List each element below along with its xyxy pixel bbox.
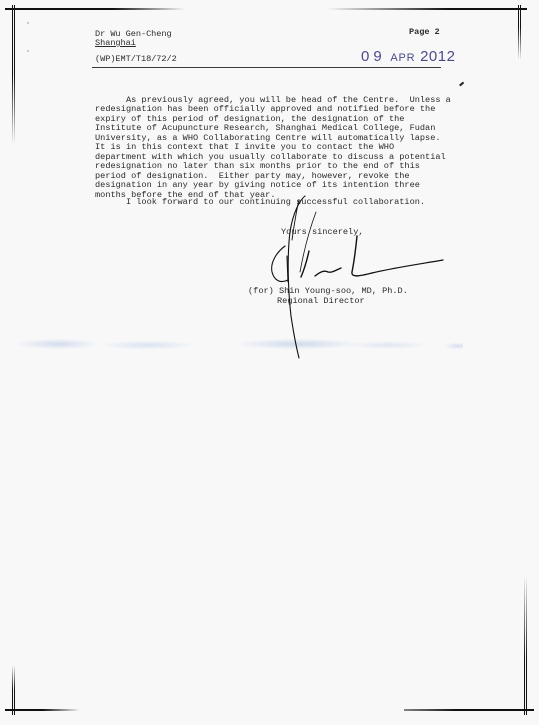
body-paragraph-2: I look forward to our continuing success… bbox=[95, 198, 425, 207]
recipient-city: Shanghai bbox=[95, 39, 136, 49]
pen-tick-mark bbox=[459, 82, 464, 86]
date-stamp-year: 2012 bbox=[420, 48, 455, 65]
frame-corner-bottom-right bbox=[524, 575, 525, 715]
frame-corner-top-left bbox=[12, 5, 13, 145]
signatory-title: Regional Director bbox=[277, 296, 365, 306]
frame-corner-bottom-right bbox=[404, 709, 534, 711]
frame-corner-bottom-left bbox=[12, 665, 13, 715]
frame-corner-top-right bbox=[518, 5, 519, 60]
body-paragraph-1: As previously agreed, you will be head o… bbox=[95, 96, 451, 200]
scan-speck bbox=[27, 22, 29, 24]
frame-corner-top-right bbox=[327, 8, 527, 10]
date-stamp-day: 09 bbox=[361, 48, 386, 65]
ink-smudge bbox=[18, 334, 463, 354]
frame-corner-bottom-right bbox=[526, 575, 527, 715]
reference-code: (WP)EMT/T18/72/2 bbox=[95, 55, 177, 65]
scan-speck bbox=[27, 50, 29, 52]
letter-page: Dr Wu Gen-Cheng Shanghai Page 2 (WP)EMT/… bbox=[0, 0, 539, 725]
frame-corner-bottom-left bbox=[5, 709, 80, 711]
frame-corner-top-left bbox=[5, 8, 185, 10]
frame-corner-top-right bbox=[520, 5, 521, 60]
closing-salutation: Yours sincerely, bbox=[281, 227, 364, 237]
page-number: Page 2 bbox=[409, 28, 440, 38]
date-stamp-month: APR bbox=[390, 52, 415, 64]
date-stamp: 09 APR 2012 bbox=[361, 48, 455, 65]
frame-corner-top-left bbox=[14, 5, 15, 145]
frame-corner-bottom-left bbox=[14, 665, 15, 715]
header-divider bbox=[92, 67, 441, 68]
